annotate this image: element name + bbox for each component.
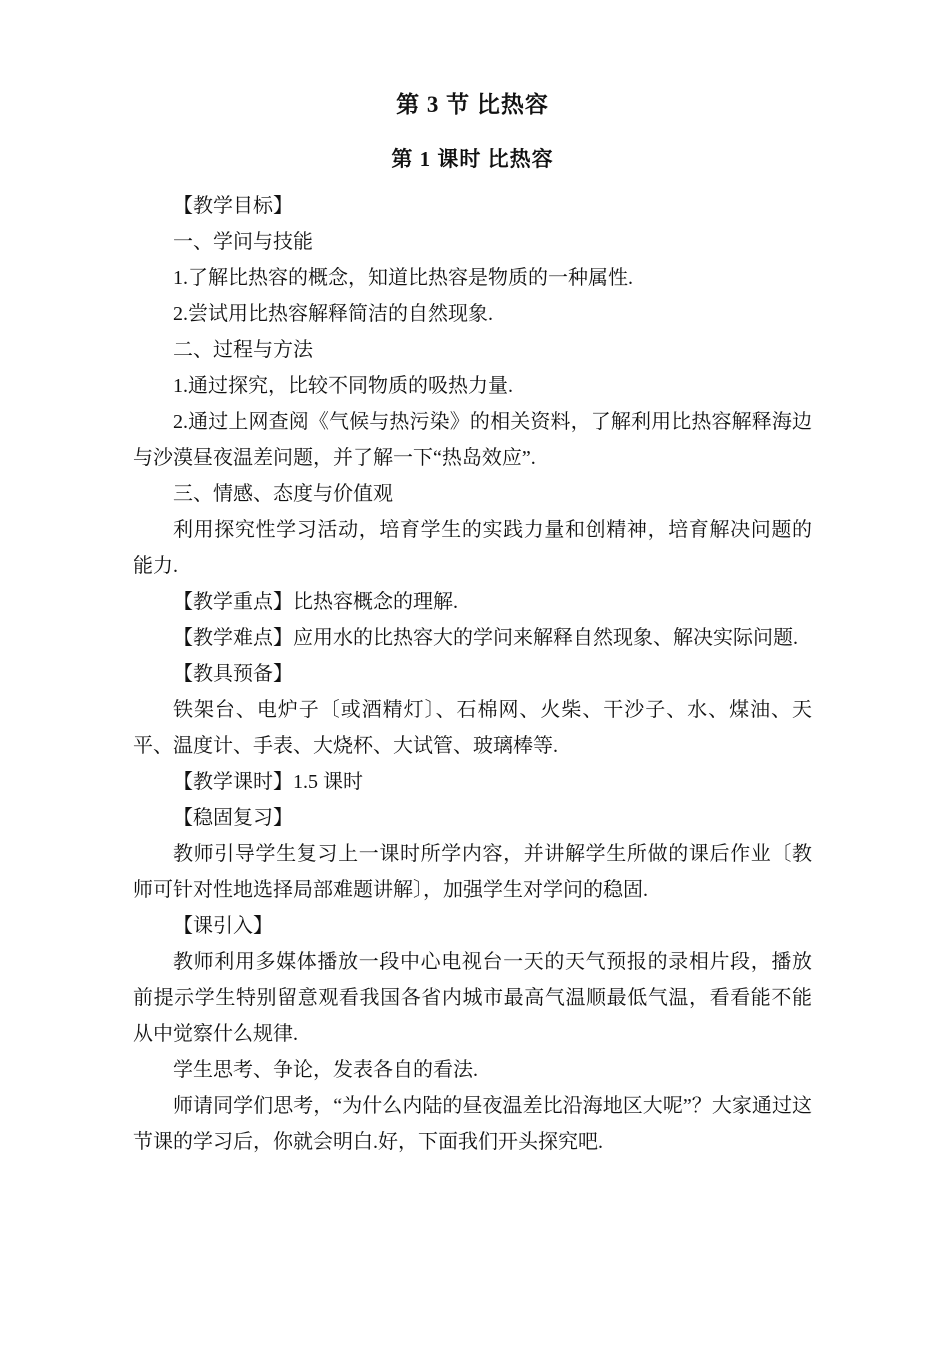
document-title: 第 3 节 比热容 — [133, 90, 812, 120]
paragraph-review-heading: 【稳固复习】 — [133, 800, 812, 836]
paragraph-teaching-aids-list: 铁架台、电炉子〔或酒精灯〕、石棉网、火柴、干沙子、水、煤油、天平、温度计、手表、… — [133, 692, 812, 764]
paragraph-section-3-heading: 三、情感、态度与价值观 — [133, 476, 812, 512]
document-page: 第 3 节 比热容 第 1 课时 比热容 【教学目标】 一、学问与技能 1.了解… — [0, 0, 950, 1345]
paragraph-goal-2: 2.尝试用比热容解释简洁的自然现象. — [133, 296, 812, 332]
paragraph-teaching-goals-heading: 【教学目标】 — [133, 188, 812, 224]
paragraph-student-discussion: 学生思考、争论，发表各自的看法. — [133, 1052, 812, 1088]
paragraph-goal-1: 1.了解比热容的概念，知道比热容是物质的一种属性. — [133, 260, 812, 296]
paragraph-lesson-intro-heading: 【课引入】 — [133, 908, 812, 944]
paragraph-values: 利用探究性学习活动，培育学生的实践力量和创精神，培育解决问题的能力. — [133, 512, 812, 584]
paragraph-class-hours: 【教学课时】1.5 课时 — [133, 764, 812, 800]
paragraph-teacher-question: 师请同学们思考，“为什么内陆的昼夜温差比沿海地区大呢”？大家通过这节课的学习后，… — [133, 1088, 812, 1160]
document-subtitle: 第 1 课时 比热容 — [133, 144, 812, 174]
paragraph-teaching-focus: 【教学重点】比热容概念的理解. — [133, 584, 812, 620]
paragraph-teaching-difficulty: 【教学难点】应用水的比热容大的学问来解释自然现象、解决实际问题. — [133, 620, 812, 656]
paragraph-method-2: 2.通过上网查阅《气候与热污染》的相关资料，了解利用比热容解释海边与沙漠昼夜温差… — [133, 404, 812, 476]
paragraph-lesson-intro-body: 教师利用多媒体播放一段中心电视台一天的天气预报的录相片段，播放前提示学生特别留意… — [133, 944, 812, 1052]
paragraph-method-1: 1.通过探究，比较不同物质的吸热力量. — [133, 368, 812, 404]
paragraph-review-body: 教师引导学生复习上一课时所学内容，并讲解学生所做的课后作业〔教师可针对性地选择局… — [133, 836, 812, 908]
paragraph-section-1-heading: 一、学问与技能 — [133, 224, 812, 260]
paragraph-section-2-heading: 二、过程与方法 — [133, 332, 812, 368]
paragraph-teaching-aids-heading: 【教具预备】 — [133, 656, 812, 692]
